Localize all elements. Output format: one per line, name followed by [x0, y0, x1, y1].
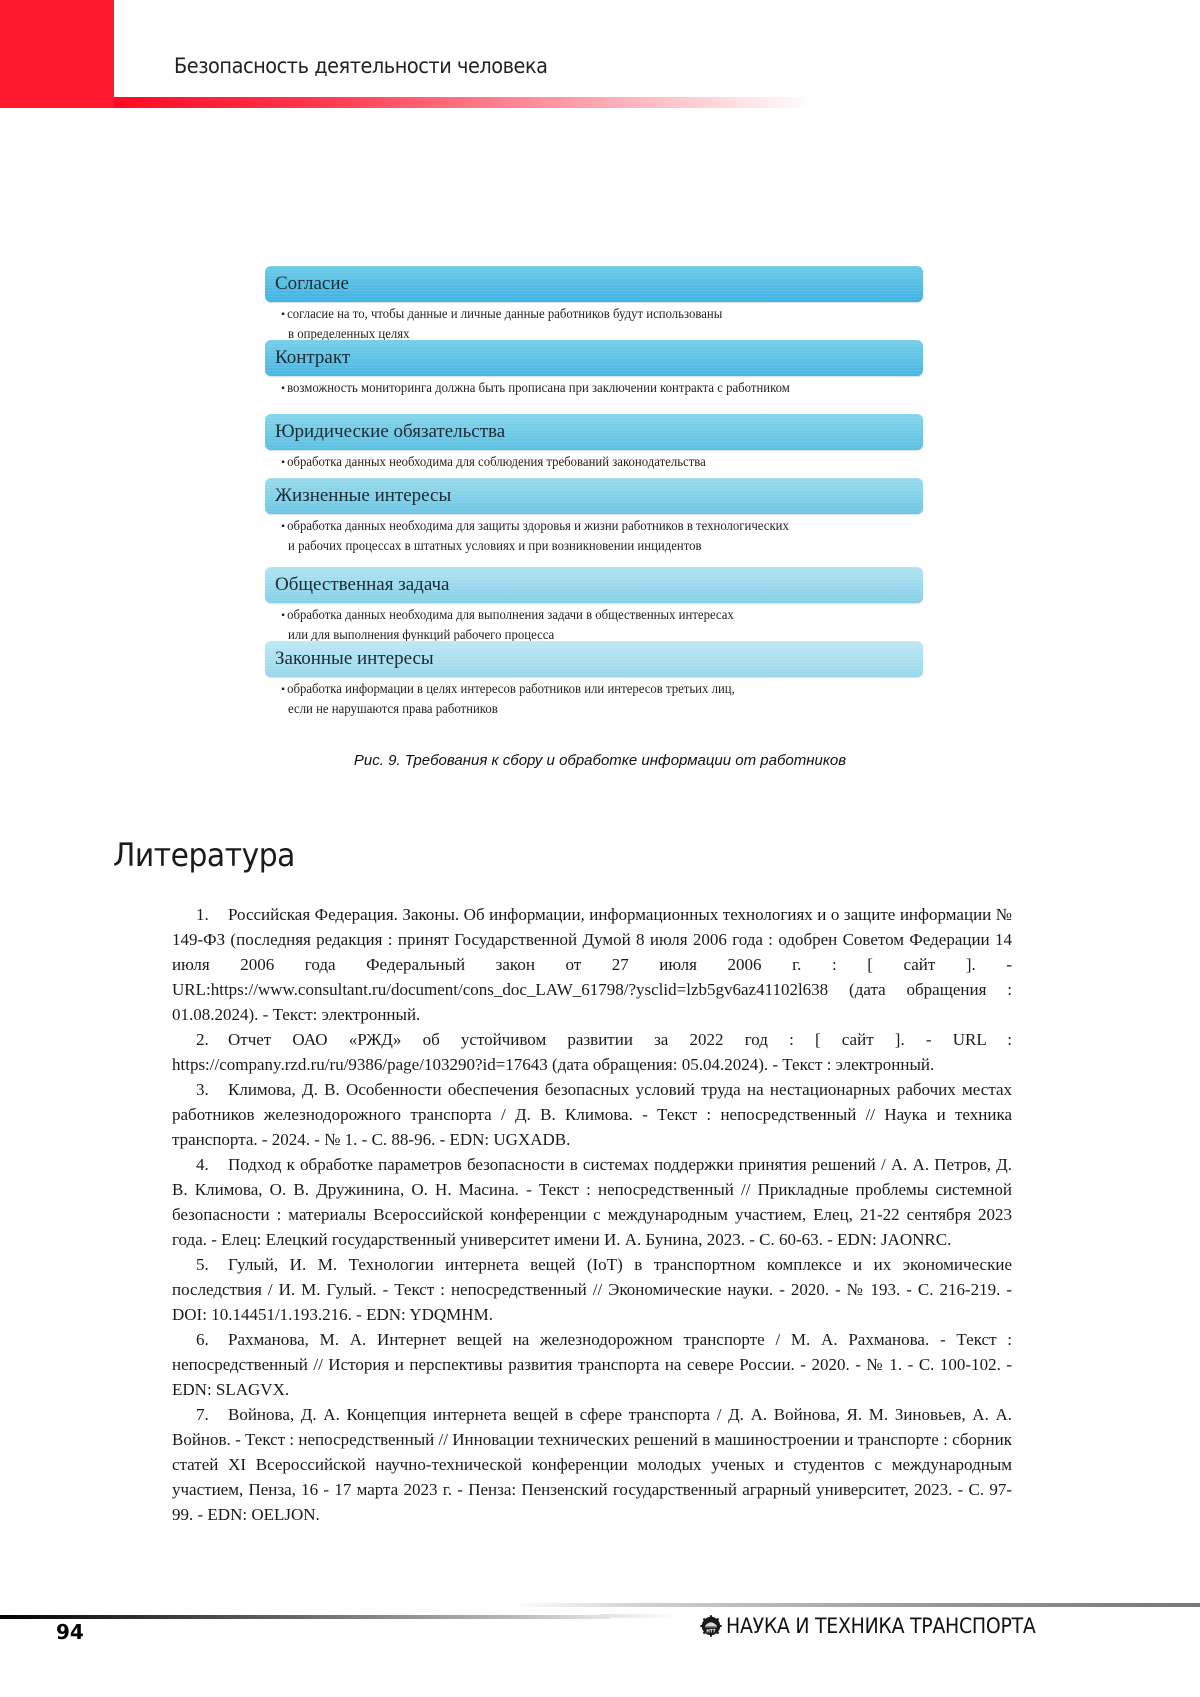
journal-footer: НТТ НАУКА И ТЕХНИКА ТРАНСПОРТА	[700, 1614, 1070, 1638]
figure-item-header: Общественная задача	[265, 567, 923, 603]
figure-item: Жизненные интересы ▪обработка данных нео…	[265, 478, 923, 567]
reference-text: Войнова, Д. А. Концепция интернета вещей…	[172, 1405, 1012, 1524]
figure-item-title: Согласие	[275, 273, 349, 295]
figure-item-header: Контракт	[265, 340, 923, 376]
figure-item: Юридические обязательства ▪обработка дан…	[265, 414, 923, 478]
figure-item: Согласие ▪согласие на то, чтобы данные и…	[265, 266, 923, 340]
svg-text:НТТ: НТТ	[706, 1629, 715, 1634]
reference-item: 2.Отчет ОАО «РЖД» об устойчивом развитии…	[172, 1027, 1012, 1077]
figure-item: Законные интересы ▪обработка информации …	[265, 641, 923, 721]
reference-number: 2.	[196, 1027, 228, 1052]
figure-item-text: обработка данных необходима для соблюден…	[287, 454, 706, 469]
references-list: 1.Российская Федерация. Законы. Об инфор…	[172, 902, 1012, 1527]
reference-number: 6.	[196, 1327, 228, 1352]
figure-item-text: согласие на то, чтобы данные и личные да…	[287, 306, 722, 341]
reference-text: Российская Федерация. Законы. Об информа…	[172, 905, 1012, 1024]
figure-requirements: Согласие ▪согласие на то, чтобы данные и…	[265, 266, 923, 721]
reference-item: 3.Климова, Д. В. Особенности обеспечения…	[172, 1077, 1012, 1152]
journal-name: НАУКА И ТЕХНИКА ТРАНСПОРТА	[726, 1614, 1036, 1638]
figure-item-title: Жизненные интересы	[275, 485, 451, 507]
figure-item: Контракт ▪возможность мониторинга должна…	[265, 340, 923, 414]
figure-item-body: ▪обработка данных необходима для соблюде…	[265, 450, 897, 472]
running-title: Безопасность деятельности человека	[174, 54, 548, 78]
references-heading: Литература	[113, 836, 295, 874]
footer-rule-fade	[600, 1614, 680, 1618]
reference-number: 1.	[196, 902, 228, 927]
reference-text: Гулый, И. М. Технологии интернета вещей …	[172, 1255, 1012, 1324]
figure-item-header: Жизненные интересы	[265, 478, 923, 514]
reference-number: 7.	[196, 1402, 228, 1427]
figure-caption: Рис. 9. Требования к сбору и обработке и…	[0, 752, 1200, 769]
reference-number: 5.	[196, 1252, 228, 1277]
reference-item: 6.Рахманова, М. А. Интернет вещей на жел…	[172, 1327, 1012, 1402]
figure-item-body: ▪обработка данных необходима для выполне…	[265, 603, 897, 644]
footer-rule-upper	[510, 1603, 1200, 1607]
header-gradient-rule	[114, 97, 814, 108]
figure-item-header: Юридические обязательства	[265, 414, 923, 450]
figure-item-body: ▪обработка информации в целях интересов …	[265, 677, 897, 718]
htt-gear-logo-icon: НТТ	[700, 1615, 722, 1637]
reference-text: Рахманова, М. А. Интернет вещей на желез…	[172, 1330, 1012, 1399]
figure-item-title: Законные интересы	[275, 648, 434, 670]
figure-item-text: возможность мониторинга должна быть проп…	[287, 380, 790, 395]
figure-item-text: обработка данных необходима для защиты з…	[287, 518, 789, 553]
footer-rule-lower	[0, 1615, 610, 1619]
figure-item-title: Контракт	[275, 347, 350, 369]
figure-item-text: обработка данных необходима для выполнен…	[287, 607, 734, 642]
figure-item: Общественная задача ▪обработка данных не…	[265, 567, 923, 641]
figure-item-body: ▪обработка данных необходима для защиты …	[265, 514, 897, 555]
figure-item-title: Общественная задача	[275, 574, 449, 596]
figure-item-header: Законные интересы	[265, 641, 923, 677]
figure-item-header: Согласие	[265, 266, 923, 302]
page-number: 94	[56, 1620, 84, 1644]
header-accent-block	[0, 0, 114, 108]
reference-text: Отчет ОАО «РЖД» об устойчивом развитии з…	[172, 1030, 1012, 1074]
figure-item-body: ▪согласие на то, чтобы данные и личные д…	[265, 302, 897, 343]
reference-text: Климова, Д. В. Особенности обеспечения б…	[172, 1080, 1012, 1149]
reference-item: 5.Гулый, И. М. Технологии интернета веще…	[172, 1252, 1012, 1327]
reference-number: 3.	[196, 1077, 228, 1102]
figure-item-body: ▪возможность мониторинга должна быть про…	[265, 376, 897, 398]
figure-item-text: обработка информации в целях интересов р…	[287, 681, 735, 716]
reference-number: 4.	[196, 1152, 228, 1177]
reference-item: 4.Подход к обработке параметров безопасн…	[172, 1152, 1012, 1252]
reference-item: 7.Войнова, Д. А. Концепция интернета вещ…	[172, 1402, 1012, 1527]
reference-item: 1.Российская Федерация. Законы. Об инфор…	[172, 902, 1012, 1027]
reference-text: Подход к обработке параметров безопаснос…	[172, 1155, 1012, 1249]
figure-item-title: Юридические обязательства	[275, 421, 505, 443]
